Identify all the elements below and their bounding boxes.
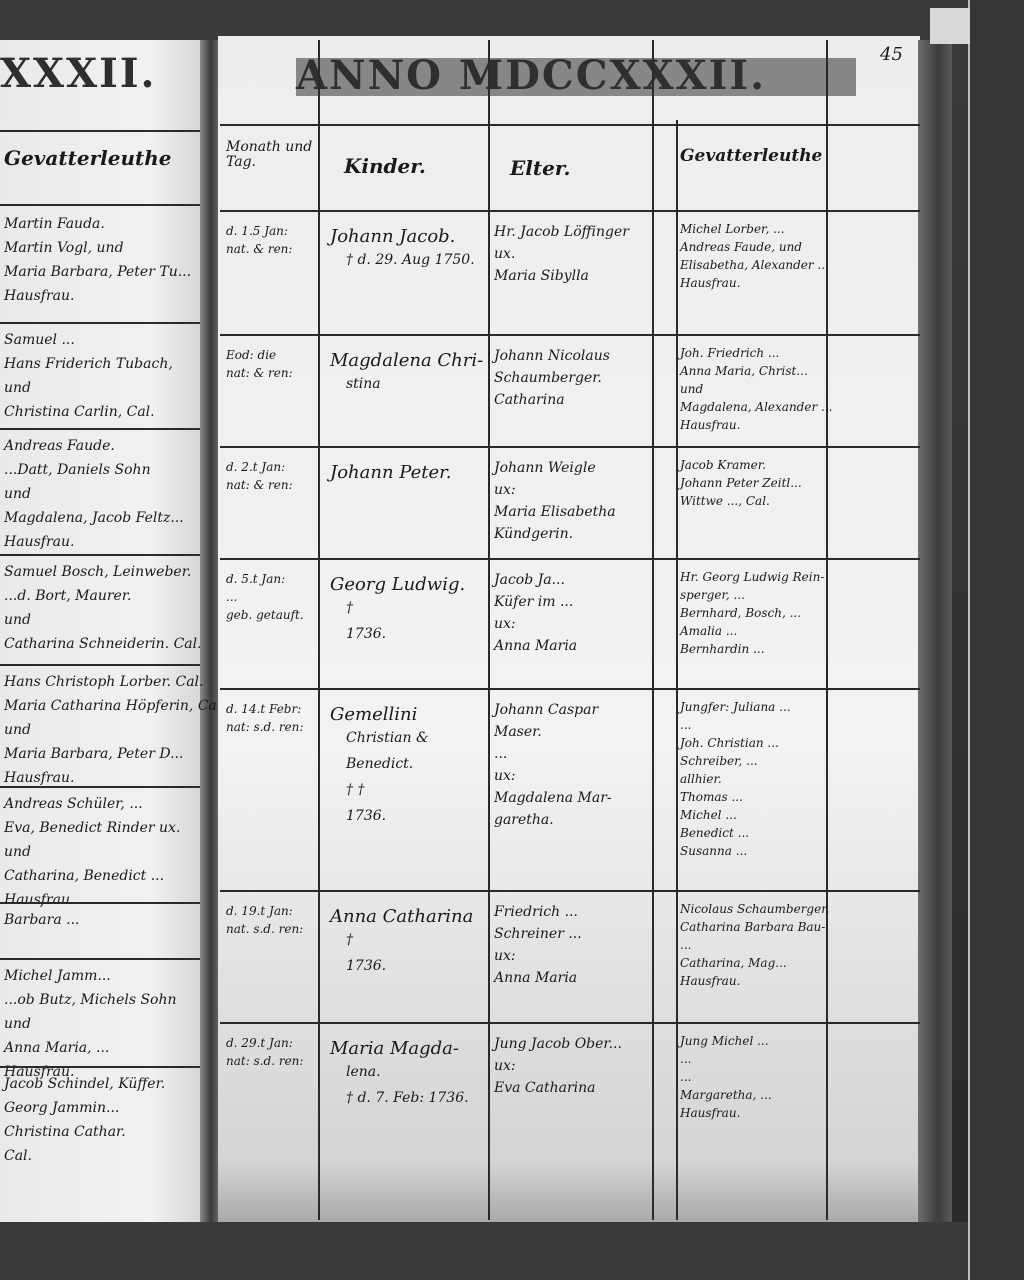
entry-date: d. 5.t Jan: (226, 572, 285, 586)
entry-godparents: Bernhardin ... (680, 642, 765, 656)
row-divider (0, 1066, 200, 1068)
entry-godparents: Jungfer: Juliana ... (680, 700, 791, 714)
left-entry-line: Samuel Bosch, Leinweber. (4, 564, 191, 580)
entry-date: nat: & ren: (226, 478, 293, 492)
left-entry-line: und (4, 380, 31, 396)
left-header-year: XXXII. (0, 50, 156, 97)
entry-child-name: † d. 7. Feb: 1736. (346, 1090, 469, 1106)
entry-godparents: Elisabetha, Alexander ... (680, 258, 829, 272)
page-corner (930, 8, 970, 44)
entry-date: geb. getauft. (226, 608, 304, 622)
left-entry-line: Maria Catharina Höpferin, Cal. (4, 698, 226, 714)
row-divider (0, 958, 200, 960)
scan-border (968, 0, 1024, 1280)
left-entry-line: Andreas Faude. (4, 438, 115, 454)
divider (220, 210, 920, 212)
entry-godparents: Wittwe ..., Cal. (680, 494, 770, 508)
entry-child-name: 1736. (346, 958, 386, 974)
left-entry-line: Georg Jammin... (4, 1100, 119, 1116)
entry-parents: ux: (494, 1058, 516, 1074)
entry-child-name: Georg Ludwig. (330, 574, 465, 595)
entry-child-name: † (346, 600, 353, 616)
entry-date: nat. & ren: (226, 242, 292, 256)
entry-child-name: † d. 29. Aug 1750. (346, 252, 475, 268)
row-divider (220, 334, 920, 336)
left-entry-line: Hausfrau. (4, 288, 74, 304)
entry-godparents: Amalia ... (680, 624, 737, 638)
entry-date: d. 29.t Jan: (226, 1036, 293, 1050)
left-entry-line: und (4, 1016, 31, 1032)
entry-godparents: Joh. Christian ... (680, 736, 779, 750)
entry-date: nat. s.d. ren: (226, 922, 303, 936)
entry-parents: garetha. (494, 812, 554, 828)
entry-parents: Johann Caspar (494, 702, 598, 718)
entry-parents: ux: (494, 768, 516, 784)
left-entry-line: Christina Carlin, Cal. (4, 404, 155, 420)
divider (0, 130, 200, 132)
entry-godparents: Catharina Barbara Bau- (680, 920, 825, 934)
entry-parents: Friedrich ... (494, 904, 578, 920)
entry-godparents: Jacob Kramer. (680, 458, 766, 472)
divider (220, 124, 920, 126)
entry-date: d. 14.t Febr: (226, 702, 301, 716)
entry-parents: Jung Jacob Ober... (494, 1036, 622, 1052)
left-entry-line: Anna Maria, ... (4, 1040, 109, 1056)
left-entry-line: und (4, 844, 31, 860)
left-entry-line: Catharina, Benedict ... (4, 868, 164, 884)
left-entry-line: Barbara ... (4, 912, 79, 928)
entry-date: nat: s.d. ren: (226, 720, 303, 734)
entry-child-name: † (346, 932, 353, 948)
column-divider (318, 40, 320, 1220)
entry-godparents: Anna Maria, Christ... (680, 364, 808, 378)
entry-godparents: Bernhard, Bosch, ... (680, 606, 801, 620)
entry-parents: Eva Catharina (494, 1080, 596, 1096)
left-entry-line: Maria Barbara, Peter D... (4, 746, 183, 762)
entry-date: ... (226, 590, 237, 604)
entry-parents: ... (494, 746, 507, 762)
page-number: 45 (880, 44, 903, 65)
entry-child-name: Benedict. (346, 756, 413, 772)
column-header-godparents: Gevatterleuthe (680, 146, 822, 166)
entry-parents: ux: (494, 948, 516, 964)
entry-godparents: Thomas ... (680, 790, 743, 804)
entry-date: d. 19.t Jan: (226, 904, 293, 918)
entry-child-name: Christian & (346, 730, 428, 746)
entry-godparents: sperger, ... (680, 588, 745, 602)
row-divider (0, 322, 200, 324)
entry-parents: ux: (494, 616, 516, 632)
left-entry-line: ...d. Bort, Maurer. (4, 588, 131, 604)
left-entry-line: Magdalena, Jacob Feltz... (4, 510, 184, 526)
entry-godparents: ... (680, 938, 691, 952)
entry-date: nat: & ren: (226, 366, 293, 380)
entry-child-name: 1736. (346, 808, 386, 824)
left-entry-line: Christina Cathar. (4, 1124, 126, 1140)
entry-godparents: allhier. (680, 772, 722, 786)
entry-godparents: Michel Lorber, ... (680, 222, 785, 236)
entry-parents: Maria Elisabetha (494, 504, 616, 520)
entry-parents: Magdalena Mar- (494, 790, 612, 806)
entry-godparents: Catharina, Mag... (680, 956, 787, 970)
entry-godparents: Magdalena, Alexander ... (680, 400, 832, 414)
entry-parents: Schaumberger. (494, 370, 602, 386)
row-divider (220, 558, 920, 560)
left-entry-line: Maria Barbara, Peter Tu... (4, 264, 191, 280)
entry-child-name: Johann Jacob. (330, 226, 455, 247)
entry-date: Eod: die (226, 348, 276, 362)
entry-godparents: Hausfrau. (680, 1106, 740, 1120)
column-divider (676, 120, 678, 1220)
entry-parents: Kündgerin. (494, 526, 573, 542)
left-entry-line: und (4, 722, 31, 738)
entry-godparents: Susanna ... (680, 844, 747, 858)
scan-bottom (0, 1222, 968, 1280)
entry-parents: Johann Nicolaus (494, 348, 610, 364)
entry-godparents: Benedict ... (680, 826, 749, 840)
left-entry-line: Andreas Schüler, ... (4, 796, 143, 812)
entry-parents: Schreiner ... (494, 926, 582, 942)
page-edge (918, 40, 952, 1226)
left-entry-line: Samuel ... (4, 332, 75, 348)
entry-child-name: Maria Magda- (330, 1038, 459, 1059)
entry-godparents: Hausfrau. (680, 974, 740, 988)
row-divider (0, 428, 200, 430)
left-entry-line: ...ob Butz, Michels Sohn (4, 992, 177, 1008)
entry-child-name: lena. (346, 1064, 381, 1080)
entry-date: d. 2.t Jan: (226, 460, 285, 474)
entry-parents: Anna Maria (494, 638, 577, 654)
entry-parents: ux: (494, 482, 516, 498)
entry-godparents: ... (680, 1070, 691, 1084)
entry-parents: Maria Sibylla (494, 268, 589, 284)
entry-godparents: Johann Peter Zeitl... (680, 476, 802, 490)
entry-parents: ux. (494, 246, 515, 262)
entry-godparents: ... (680, 1052, 691, 1066)
column-header-children: Kinder. (344, 154, 426, 178)
row-divider (220, 1022, 920, 1024)
entry-parents: Johann Weigle (494, 460, 596, 476)
left-entry-line: Hausfrau. (4, 534, 74, 550)
entry-godparents: Joh. Friedrich ... (680, 346, 779, 360)
entry-child-name: Gemellini (330, 704, 417, 725)
entry-child-name: stina (346, 376, 381, 392)
left-entry-line: Martin Fauda. (4, 216, 105, 232)
left-entry-line: Martin Vogl, und (4, 240, 124, 256)
left-entry-line: Hausfrau. (4, 892, 74, 908)
entry-godparents: Margaretha, ... (680, 1088, 772, 1102)
divider (0, 204, 200, 206)
row-divider (220, 890, 920, 892)
entry-parents: Maser. (494, 724, 542, 740)
entry-child-name: Anna Catharina (330, 906, 473, 927)
entry-godparents: Jung Michel ... (680, 1034, 769, 1048)
right-header-year: ANNO MDCCXXXII. (296, 52, 766, 99)
row-divider (0, 554, 200, 556)
left-column-header: Gevatterleuthe (4, 146, 172, 170)
row-divider (220, 446, 920, 448)
entry-child-name: Magdalena Chri- (330, 350, 483, 371)
entry-date: nat: s.d. ren: (226, 1054, 303, 1068)
entry-date: d. 1.5 Jan: (226, 224, 288, 238)
left-entry-line: Eva, Benedict Rinder ux. (4, 820, 180, 836)
left-entry-line: Hans Christoph Lorber. Cal. (4, 674, 203, 690)
left-entry-line: Hausfrau. (4, 770, 74, 786)
entry-godparents: Andreas Faude, und (680, 240, 802, 254)
entry-child-name: 1736. (346, 626, 386, 642)
row-divider (0, 902, 200, 904)
row-divider (0, 664, 200, 666)
column-header-month-day: Monath und Tag. (226, 140, 314, 170)
left-entry-line: und (4, 612, 31, 628)
entry-child-name: † † (346, 782, 364, 798)
entry-godparents: Schreiber, ... (680, 754, 758, 768)
entry-godparents: Nicolaus Schaumberger. (680, 902, 829, 916)
left-entry-line: ...Datt, Daniels Sohn (4, 462, 151, 478)
left-entry-line: Michel Jamm... (4, 968, 111, 984)
entry-godparents: und (680, 382, 703, 396)
entry-godparents: Hausfrau. (680, 276, 740, 290)
column-header-parents: Elter. (510, 156, 570, 180)
column-divider (488, 40, 490, 1220)
row-divider (220, 688, 920, 690)
left-entry-line: Catharina Schneiderin. Cal. (4, 636, 202, 652)
entry-godparents: ... (680, 718, 691, 732)
left-entry-line: und (4, 486, 31, 502)
left-entry-line: Jacob Schindel, Küffer. (4, 1076, 165, 1092)
entry-parents: Catharina (494, 392, 565, 408)
left-entry-line: Cal. (4, 1148, 32, 1164)
entry-godparents: Hr. Georg Ludwig Rein- (680, 570, 824, 584)
entry-godparents: Hausfrau. (680, 418, 740, 432)
left-entry-line: Hans Friderich Tubach, (4, 356, 173, 372)
entry-parents: Küfer im ... (494, 594, 573, 610)
entry-child-name: Johann Peter. (330, 462, 451, 483)
entry-parents: Jacob Ja... (494, 572, 565, 588)
column-divider (826, 40, 828, 1220)
entry-parents: Hr. Jacob Löffinger (494, 224, 629, 240)
row-divider (0, 786, 200, 788)
entry-parents: Anna Maria (494, 970, 577, 986)
column-divider (652, 40, 654, 1220)
entry-godparents: Michel ... (680, 808, 737, 822)
